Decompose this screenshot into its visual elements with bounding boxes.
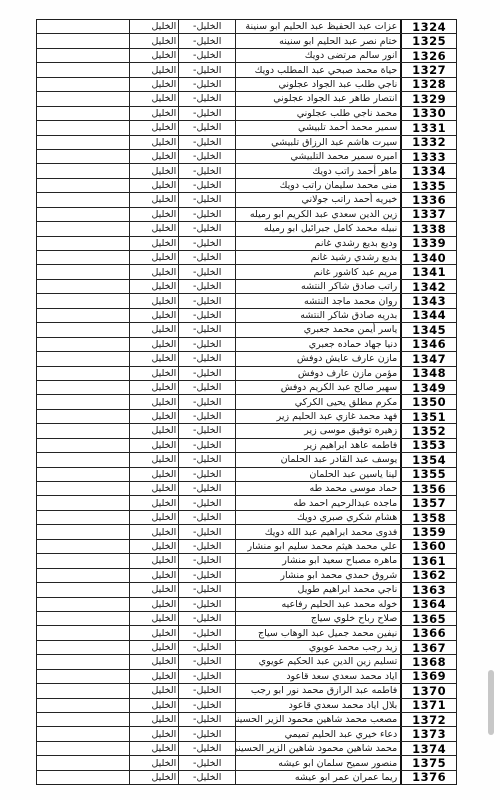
district-cell: الخليل- — [178, 410, 235, 423]
person-name-cell: اميره سمير محمد التلبيشي — [235, 150, 400, 163]
person-name-cell: فدوى محمد ابراهيم عبد الله دويك — [235, 525, 400, 538]
row-number-cell: 1362 — [400, 569, 456, 582]
district-cell: الخليل- — [178, 670, 235, 683]
empty-cell — [37, 439, 129, 452]
city-cell: الخليل — [129, 525, 179, 538]
person-name-cell: راتب صادق شاكر النتشه — [235, 280, 400, 293]
empty-cell — [37, 598, 129, 611]
table-row: الخليل الخليل- فدوى محمد ابراهيم عبد الل… — [37, 525, 456, 539]
city-cell: الخليل — [129, 338, 179, 351]
table-row: الخليل الخليل- بلال اياد محمد سعدي قاعود… — [37, 699, 456, 713]
city-cell: الخليل — [129, 424, 179, 437]
empty-cell — [37, 756, 129, 769]
district-cell: الخليل- — [178, 222, 235, 235]
district-cell: الخليل- — [178, 164, 235, 177]
row-number-cell: 1373 — [400, 727, 456, 740]
table-row: الخليل الخليل- بديع رشدي رشيد غانم 1340 — [37, 251, 456, 265]
person-name-cell: حماد موسى محمد طه — [235, 482, 400, 495]
district-cell: الخليل- — [178, 367, 235, 380]
empty-cell — [37, 323, 129, 336]
row-number-cell: 1344 — [400, 309, 456, 322]
table-row: الخليل الخليل- فهد محمد غازي عبد الحليم … — [37, 410, 456, 424]
empty-cell — [37, 395, 129, 408]
table-row: الخليل الخليل- مؤمن مازن عارف دوفش 1348 — [37, 367, 456, 381]
table-row: الخليل الخليل- روان محمد ماجد النتشه 134… — [37, 294, 456, 308]
city-cell: الخليل — [129, 237, 179, 250]
person-name-cell: وديع بديع رشدي غانم — [235, 237, 400, 250]
row-number-cell: 1330 — [400, 107, 456, 120]
table-row: الخليل الخليل- بدريه صادق شاكر النتشه 13… — [37, 309, 456, 323]
row-number-cell: 1365 — [400, 612, 456, 625]
district-cell: الخليل- — [178, 107, 235, 120]
district-cell: الخليل- — [178, 756, 235, 769]
person-name-cell: ماجده عبدالرحيم احمد طه — [235, 496, 400, 509]
row-number-cell: 1371 — [400, 699, 456, 712]
empty-cell — [37, 222, 129, 235]
row-number-cell: 1325 — [400, 34, 456, 47]
district-cell: الخليل- — [178, 121, 235, 134]
table-row: الخليل الخليل- سهير صالح عبد الكريم دوفش… — [37, 381, 456, 395]
row-number-cell: 1368 — [400, 655, 456, 668]
table-row: الخليل الخليل- مازن عارف عايش دوفش 1347 — [37, 352, 456, 366]
row-number-cell: 1375 — [400, 756, 456, 769]
table-row: الخليل الخليل- اميره سمير محمد التلبيشي … — [37, 150, 456, 164]
row-number-cell: 1327 — [400, 63, 456, 76]
row-number-cell: 1326 — [400, 49, 456, 62]
row-number-cell: 1357 — [400, 496, 456, 509]
table-row: الخليل الخليل- لينا ياسين عبد الحلمان 13… — [37, 468, 456, 482]
table-row: الخليل الخليل- حماد موسى محمد طه 1356 — [37, 482, 456, 496]
row-number-cell: 1340 — [400, 251, 456, 264]
city-cell: الخليل — [129, 179, 179, 192]
table-row: الخليل الخليل- ناجي محمد ابراهيم طويل 13… — [37, 583, 456, 597]
city-cell: الخليل — [129, 323, 179, 336]
empty-cell — [37, 121, 129, 134]
district-cell: الخليل- — [178, 713, 235, 726]
row-number-cell: 1333 — [400, 150, 456, 163]
city-cell: الخليل — [129, 727, 179, 740]
row-number-cell: 1360 — [400, 540, 456, 553]
district-cell: الخليل- — [178, 468, 235, 481]
person-name-cell: محمد ناجي طلب عجلوني — [235, 107, 400, 120]
row-number-cell: 1351 — [400, 410, 456, 423]
empty-cell — [37, 554, 129, 567]
city-cell: الخليل — [129, 756, 179, 769]
district-cell: الخليل- — [178, 540, 235, 553]
city-cell: الخليل — [129, 496, 179, 509]
city-cell: الخليل — [129, 92, 179, 105]
table-row: الخليل الخليل- فاطمه عاهد ابراهيم زير 13… — [37, 439, 456, 453]
table-row: الخليل الخليل- يوسف عبد القادر عبد الحلم… — [37, 453, 456, 467]
table-row: الخليل الخليل- منصور سميح سلمان ابو عيشه… — [37, 756, 456, 770]
district-cell: الخليل- — [178, 179, 235, 192]
city-cell: الخليل — [129, 367, 179, 380]
row-number-cell: 1355 — [400, 468, 456, 481]
person-name-cell: تسليم زين الدين عبد الحكيم عويوي — [235, 655, 400, 668]
district-cell: الخليل- — [178, 237, 235, 250]
empty-cell — [37, 309, 129, 322]
vertical-scrollbar-thumb[interactable] — [488, 670, 494, 735]
city-cell: الخليل — [129, 655, 179, 668]
person-name-cell: ياسر أيمن محمد جعبري — [235, 323, 400, 336]
table-row: الخليل الخليل- ريما عمران عمر ابو عيشه 1… — [37, 771, 456, 784]
district-cell: الخليل- — [178, 78, 235, 91]
district-cell: الخليل- — [178, 193, 235, 206]
table-row: الخليل الخليل- عزات عبد الحفيظ عبد الحلي… — [37, 20, 456, 34]
city-cell: الخليل — [129, 78, 179, 91]
empty-cell — [37, 482, 129, 495]
district-cell: الخليل- — [178, 482, 235, 495]
row-number-cell: 1370 — [400, 684, 456, 697]
table-row: الخليل الخليل- ماجده عبدالرحيم احمد طه 1… — [37, 496, 456, 510]
person-name-cell: زيد رجب محمد عويوي — [235, 641, 400, 654]
city-cell: الخليل — [129, 63, 179, 76]
district-cell: الخليل- — [178, 771, 235, 784]
person-name-cell: ماهره مصباح سعيد ابو منشار — [235, 554, 400, 567]
table-row: الخليل الخليل- هشام شكري صبري دويك 1358 — [37, 511, 456, 525]
person-name-cell: فهد محمد غازي عبد الحليم زير — [235, 410, 400, 423]
city-cell: الخليل — [129, 540, 179, 553]
district-cell: الخليل- — [178, 525, 235, 538]
empty-cell — [37, 496, 129, 509]
person-name-cell: خوله محمد عبد الحليم رفاعيه — [235, 598, 400, 611]
person-name-cell: بلال اياد محمد سعدي قاعود — [235, 699, 400, 712]
person-name-cell: انور سالم مرتضى دويك — [235, 49, 400, 62]
district-cell: الخليل- — [178, 34, 235, 47]
table-row: الخليل الخليل- نيفين محمد جميل عبد الوها… — [37, 626, 456, 640]
city-cell: الخليل — [129, 294, 179, 307]
row-number-cell: 1372 — [400, 713, 456, 726]
district-cell: الخليل- — [178, 20, 235, 33]
person-name-cell: ناجي محمد ابراهيم طويل — [235, 583, 400, 596]
table-row: الخليل الخليل- تسليم زين الدين عبد الحكي… — [37, 655, 456, 669]
city-cell: الخليل — [129, 569, 179, 582]
person-name-cell: نبيله محمد كامل جبرائيل ابو رميله — [235, 222, 400, 235]
person-name-cell: هشام شكري صبري دويك — [235, 511, 400, 524]
row-number-cell: 1364 — [400, 598, 456, 611]
row-number-cell: 1358 — [400, 511, 456, 524]
empty-cell — [37, 237, 129, 250]
empty-cell — [37, 424, 129, 437]
table-row: الخليل الخليل- منى محمد سليمان راتب دويك… — [37, 179, 456, 193]
table-row: الخليل الخليل- سيرت هاشم عبد الرزاق تلبي… — [37, 136, 456, 150]
table-row: الخليل الخليل- اياد محمد سعدي سعد قاعود … — [37, 670, 456, 684]
city-cell: الخليل — [129, 670, 179, 683]
district-cell: الخليل- — [178, 612, 235, 625]
row-number-cell: 1348 — [400, 367, 456, 380]
person-name-cell: مريم عبد كاشور غانم — [235, 265, 400, 278]
row-number-cell: 1354 — [400, 453, 456, 466]
district-cell: الخليل- — [178, 699, 235, 712]
empty-cell — [37, 655, 129, 668]
row-number-cell: 1356 — [400, 482, 456, 495]
empty-cell — [37, 468, 129, 481]
empty-cell — [37, 251, 129, 264]
person-name-cell: نيفين محمد جميل عبد الوهاب سياج — [235, 626, 400, 639]
person-name-cell: علي محمد هيثم محمد سليم ابو منشار — [235, 540, 400, 553]
table-row: الخليل الخليل- مريم عبد كاشور غانم 1341 — [37, 265, 456, 279]
empty-cell — [37, 92, 129, 105]
person-name-cell: شروق حمدي محمد ابو منشار — [235, 569, 400, 582]
table-row: الخليل الخليل- ماهره مصباح سعيد ابو منشا… — [37, 554, 456, 568]
table-row: الخليل الخليل- حياة محمد صبحي عبد المطلب… — [37, 63, 456, 77]
table-row: الخليل الخليل- ياسر أيمن محمد جعبري 1345 — [37, 323, 456, 337]
row-number-cell: 1363 — [400, 583, 456, 596]
city-cell: الخليل — [129, 136, 179, 149]
row-number-cell: 1342 — [400, 280, 456, 293]
person-name-cell: خيريه أحمد راتب جولاني — [235, 193, 400, 206]
empty-cell — [37, 626, 129, 639]
district-cell: الخليل- — [178, 294, 235, 307]
empty-cell — [37, 511, 129, 524]
person-name-cell: لينا ياسين عبد الحلمان — [235, 468, 400, 481]
empty-cell — [37, 107, 129, 120]
row-number-cell: 1369 — [400, 670, 456, 683]
district-cell: الخليل- — [178, 583, 235, 596]
table-row: الخليل الخليل- ناجي طلب عبد الجواد عجلون… — [37, 78, 456, 92]
person-name-cell: صلاح رباح خلوي سياج — [235, 612, 400, 625]
row-number-cell: 1361 — [400, 554, 456, 567]
table-row: الخليل الخليل- محمد شاهين محمود شاهين ال… — [37, 742, 456, 756]
empty-cell — [37, 164, 129, 177]
person-name-cell: دعاء خيري عبد الحليم تميمي — [235, 727, 400, 740]
person-name-cell: منى محمد سليمان راتب دويك — [235, 179, 400, 192]
person-name-cell: ريما عمران عمر ابو عيشه — [235, 771, 400, 784]
table-row: الخليل الخليل- مصعب محمد شاهين محمود الز… — [37, 713, 456, 727]
district-cell: الخليل- — [178, 338, 235, 351]
district-cell: الخليل- — [178, 49, 235, 62]
person-name-cell: ناجي طلب عبد الجواد عجلوني — [235, 78, 400, 91]
row-number-cell: 1366 — [400, 626, 456, 639]
table-row: الخليل الخليل- زهيره توفيق موسى زير 1352 — [37, 424, 456, 438]
row-number-cell: 1376 — [400, 771, 456, 784]
empty-cell — [37, 49, 129, 62]
table-row: الخليل الخليل- زين الدين سعدي عبد الكريم… — [37, 208, 456, 222]
row-number-cell: 1328 — [400, 78, 456, 91]
empty-cell — [37, 294, 129, 307]
empty-cell — [37, 352, 129, 365]
table-row: الخليل الخليل- خيريه أحمد راتب جولاني 13… — [37, 193, 456, 207]
empty-cell — [37, 684, 129, 697]
district-cell: الخليل- — [178, 439, 235, 452]
person-name-cell: يوسف عبد القادر عبد الحلمان — [235, 453, 400, 466]
empty-cell — [37, 742, 129, 755]
person-name-cell: مازن عارف عايش دوفش — [235, 352, 400, 365]
row-number-cell: 1367 — [400, 641, 456, 654]
city-cell: الخليل — [129, 49, 179, 62]
city-cell: الخليل — [129, 511, 179, 524]
row-number-cell: 1324 — [400, 20, 456, 33]
person-name-cell: بدريه صادق شاكر النتشه — [235, 309, 400, 322]
empty-cell — [37, 583, 129, 596]
row-number-cell: 1343 — [400, 294, 456, 307]
district-cell: الخليل- — [178, 92, 235, 105]
table-row: الخليل الخليل- دعاء خيري عبد الحليم تميم… — [37, 727, 456, 741]
city-cell: الخليل — [129, 626, 179, 639]
empty-cell — [37, 525, 129, 538]
city-cell: الخليل — [129, 352, 179, 365]
person-name-cell: فاطمه عاهد ابراهيم زير — [235, 439, 400, 452]
district-cell: الخليل- — [178, 598, 235, 611]
row-number-cell: 1345 — [400, 323, 456, 336]
row-number-cell: 1336 — [400, 193, 456, 206]
city-cell: الخليل — [129, 20, 179, 33]
city-cell: الخليل — [129, 150, 179, 163]
city-cell: الخليل — [129, 453, 179, 466]
table-row: الخليل الخليل- شروق حمدي محمد ابو منشار … — [37, 569, 456, 583]
table-row: الخليل الخليل- انور سالم مرتضى دويك 1326 — [37, 49, 456, 63]
row-number-cell: 1352 — [400, 424, 456, 437]
empty-cell — [37, 540, 129, 553]
city-cell: الخليل — [129, 193, 179, 206]
empty-cell — [37, 179, 129, 192]
table-row: الخليل الخليل- ماهر أحمد راتب دويك 1334 — [37, 164, 456, 178]
table-row: الخليل الخليل- دنيا جهاد حماده جعبري 134… — [37, 338, 456, 352]
names-table: الخليل الخليل- عزات عبد الحفيظ عبد الحلي… — [36, 19, 457, 785]
city-cell: الخليل — [129, 699, 179, 712]
person-name-cell: انتصار طاهر عبد الجواد عجلوني — [235, 92, 400, 105]
city-cell: الخليل — [129, 208, 179, 221]
empty-cell — [37, 670, 129, 683]
table-row: الخليل الخليل- زيد رجب محمد عويوي 1367 — [37, 641, 456, 655]
person-name-cell: سيرت هاشم عبد الرزاق تلبيشي — [235, 136, 400, 149]
empty-cell — [37, 193, 129, 206]
empty-cell — [37, 612, 129, 625]
row-number-cell: 1334 — [400, 164, 456, 177]
district-cell: الخليل- — [178, 323, 235, 336]
empty-cell — [37, 569, 129, 582]
row-number-cell: 1337 — [400, 208, 456, 221]
person-name-cell: زهيره توفيق موسى زير — [235, 424, 400, 437]
district-cell: الخليل- — [178, 63, 235, 76]
city-cell: الخليل — [129, 439, 179, 452]
row-number-cell: 1347 — [400, 352, 456, 365]
person-name-cell: حياة محمد صبحي عبد المطلب دويك — [235, 63, 400, 76]
city-cell: الخليل — [129, 641, 179, 654]
person-name-cell: روان محمد ماجد النتشه — [235, 294, 400, 307]
district-cell: الخليل- — [178, 626, 235, 639]
person-name-cell: مكرم مطلق يحيى الكركي — [235, 395, 400, 408]
empty-cell — [37, 265, 129, 278]
person-name-cell: ماهر أحمد راتب دويك — [235, 164, 400, 177]
district-cell: الخليل- — [178, 150, 235, 163]
table-row: الخليل الخليل- فاطمه عبد الرازق محمد نور… — [37, 684, 456, 698]
table-row: الخليل الخليل- محمد ناجي طلب عجلوني 1330 — [37, 107, 456, 121]
row-number-cell: 1331 — [400, 121, 456, 134]
row-number-cell: 1350 — [400, 395, 456, 408]
table-row: الخليل الخليل- وديع بديع رشدي غانم 1339 — [37, 237, 456, 251]
empty-cell — [37, 34, 129, 47]
empty-cell — [37, 338, 129, 351]
district-cell: الخليل- — [178, 569, 235, 582]
row-number-cell: 1335 — [400, 179, 456, 192]
empty-cell — [37, 771, 129, 784]
city-cell: الخليل — [129, 251, 179, 264]
empty-cell — [37, 280, 129, 293]
city-cell: الخليل — [129, 107, 179, 120]
empty-cell — [37, 136, 129, 149]
row-number-cell: 1341 — [400, 265, 456, 278]
city-cell: الخليل — [129, 265, 179, 278]
empty-cell — [37, 63, 129, 76]
empty-cell — [37, 150, 129, 163]
district-cell: الخليل- — [178, 655, 235, 668]
empty-cell — [37, 641, 129, 654]
person-name-cell: عزات عبد الحفيظ عبد الحليم ابو سنينة — [235, 20, 400, 33]
city-cell: الخليل — [129, 598, 179, 611]
person-name-cell: مؤمن مازن عارف دوفش — [235, 367, 400, 380]
district-cell: الخليل- — [178, 727, 235, 740]
city-cell: الخليل — [129, 395, 179, 408]
city-cell: الخليل — [129, 468, 179, 481]
person-name-cell: محمد شاهين محمود شاهين الزير الحسيني — [235, 742, 400, 755]
district-cell: الخليل- — [178, 453, 235, 466]
empty-cell — [37, 410, 129, 423]
district-cell: الخليل- — [178, 208, 235, 221]
table-row: الخليل الخليل- علي محمد هيثم محمد سليم ا… — [37, 540, 456, 554]
city-cell: الخليل — [129, 713, 179, 726]
person-name-cell: دنيا جهاد حماده جعبري — [235, 338, 400, 351]
table-row: الخليل الخليل- صلاح رباح خلوي سياج 1365 — [37, 612, 456, 626]
district-cell: الخليل- — [178, 265, 235, 278]
empty-cell — [37, 453, 129, 466]
district-cell: الخليل- — [178, 511, 235, 524]
city-cell: الخليل — [129, 164, 179, 177]
district-cell: الخليل- — [178, 554, 235, 567]
table-row: الخليل الخليل- ختام نصر عبد الحليم ابو س… — [37, 34, 456, 48]
district-cell: الخليل- — [178, 280, 235, 293]
district-cell: الخليل- — [178, 742, 235, 755]
district-cell: الخليل- — [178, 136, 235, 149]
district-cell: الخليل- — [178, 309, 235, 322]
table-row: الخليل الخليل- خوله محمد عبد الحليم رفاع… — [37, 598, 456, 612]
row-number-cell: 1332 — [400, 136, 456, 149]
empty-cell — [37, 78, 129, 91]
scanned-document-page: الخليل الخليل- عزات عبد الحفيظ عبد الحلي… — [0, 0, 500, 800]
district-cell: الخليل- — [178, 251, 235, 264]
empty-cell — [37, 713, 129, 726]
city-cell: الخليل — [129, 280, 179, 293]
district-cell: الخليل- — [178, 424, 235, 437]
table-row: الخليل الخليل- مكرم مطلق يحيى الكركي 135… — [37, 395, 456, 409]
row-number-cell: 1329 — [400, 92, 456, 105]
empty-cell — [37, 381, 129, 394]
person-name-cell: منصور سميح سلمان ابو عيشه — [235, 756, 400, 769]
person-name-cell: سمير محمد أحمد تلبيشي — [235, 121, 400, 134]
city-cell: الخليل — [129, 554, 179, 567]
person-name-cell: مصعب محمد شاهين محمود الزير الحسيني — [235, 713, 400, 726]
district-cell: الخليل- — [178, 684, 235, 697]
empty-cell — [37, 367, 129, 380]
district-cell: الخليل- — [178, 496, 235, 509]
city-cell: الخليل — [129, 121, 179, 134]
city-cell: الخليل — [129, 381, 179, 394]
city-cell: الخليل — [129, 583, 179, 596]
row-number-cell: 1338 — [400, 222, 456, 235]
city-cell: الخليل — [129, 34, 179, 47]
district-cell: الخليل- — [178, 352, 235, 365]
row-number-cell: 1339 — [400, 237, 456, 250]
table-row: الخليل الخليل- راتب صادق شاكر النتشه 134… — [37, 280, 456, 294]
empty-cell — [37, 699, 129, 712]
row-number-cell: 1359 — [400, 525, 456, 538]
row-number-cell: 1353 — [400, 439, 456, 452]
table-row: الخليل الخليل- انتصار طاهر عبد الجواد عج… — [37, 92, 456, 106]
person-name-cell: ختام نصر عبد الحليم ابو سنينه — [235, 34, 400, 47]
empty-cell — [37, 208, 129, 221]
city-cell: الخليل — [129, 410, 179, 423]
person-name-cell: زين الدين سعدي عبد الكريم ابو رميله — [235, 208, 400, 221]
